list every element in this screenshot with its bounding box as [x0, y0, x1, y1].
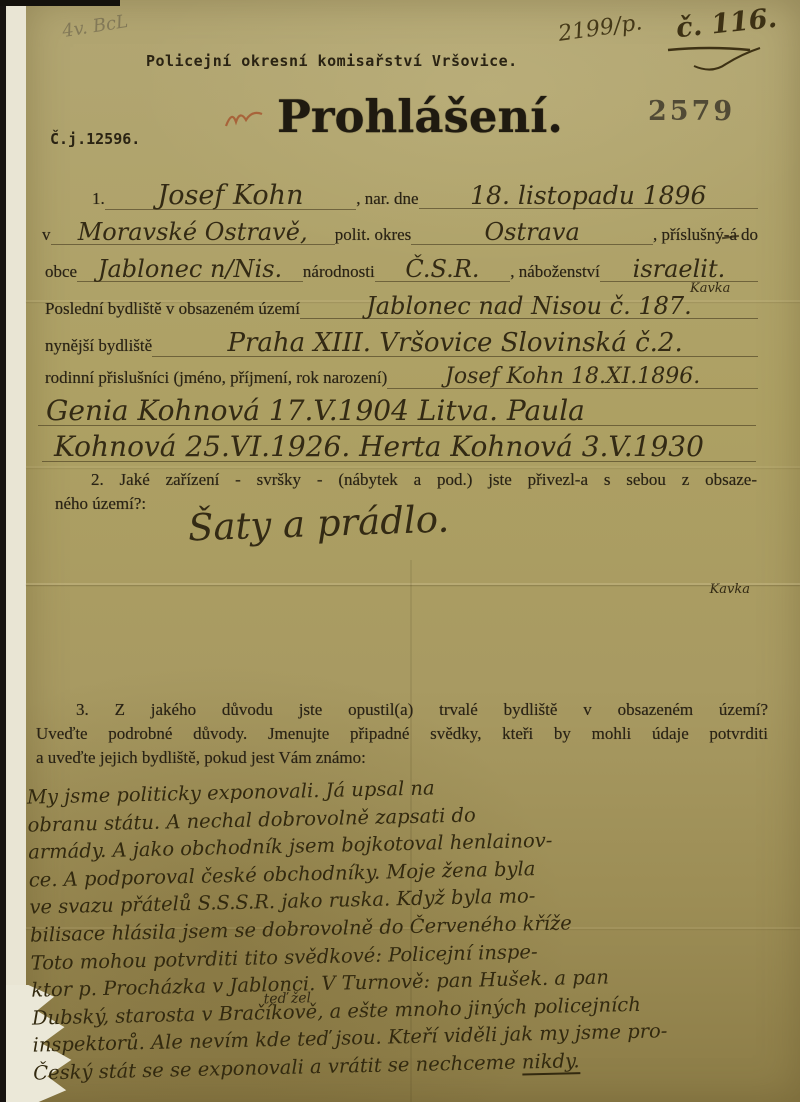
interlinear-insert-line9: teď žel [263, 985, 311, 1014]
question-3-line1: 3. Z jakého důvodu jste opustil(a) trval… [36, 698, 768, 722]
question-2-line1: 2. Jaké zařízení - svršky - (nábytek a p… [55, 468, 757, 492]
last-residence-label: Poslední bydliště v obsazeném území [45, 299, 300, 319]
form-row-last-residence: Poslední bydliště v obsazeném území Jabl… [45, 294, 758, 319]
form-row-municipality: obce Jablonec n/Nis. národnosti Č.S.R. ,… [45, 257, 758, 282]
stamp-number: 2579 [648, 96, 735, 127]
family-value-1: Josef Kohn 18.XI.1896. [387, 366, 758, 389]
last-residence-insert: Kavka [710, 582, 750, 597]
religion-value: israelit. [600, 257, 758, 282]
paper-crease [26, 583, 800, 585]
name-value: Josef Kohn [105, 182, 356, 210]
office-name: Policejní okresní komisařství Vršovice. [146, 52, 518, 70]
current-residence-value: Praha XIII. Vršovice Slovinská č.2. [152, 330, 758, 357]
belonging-struck-text: -á [724, 225, 737, 245]
form-row-name: 1. Josef Kohn , nar. dne 18. listopadu 1… [92, 182, 758, 210]
municipality-value: Jablonec n/Nis. [77, 257, 303, 282]
religion-label: , náboženství [510, 262, 600, 282]
document-scan: 4v. BcL 2199/p. č. 116. Policejní okresn… [0, 0, 800, 1102]
born-value: 18. listopadu 1896 [419, 183, 758, 209]
page-title: Prohlášení. [250, 90, 590, 143]
question-3-line2: Uveďte podrobné důvody. Jmenujte připadn… [36, 722, 768, 746]
district-value: Ostrava [411, 220, 653, 245]
form-row-family-3: Kohnová 25.VI.1926. Herta Kohnová 3.V.19… [42, 433, 756, 462]
nationality-value: Č.S.R. [375, 257, 511, 282]
question-3: 3. Z jakého důvodu jste opustil(a) trval… [36, 698, 768, 770]
belonging-label: , příslušný [653, 225, 724, 245]
form-row-family-2: Genia Kohnová 17.V.1904 Litva. Paula [38, 397, 756, 426]
interlinear-insert: Kavka [690, 281, 730, 296]
district-label: polit. okres [335, 225, 412, 245]
form-row-current-residence: nynější bydliště Praha XIII. Vršovice Sl… [45, 330, 758, 357]
in-label: v [42, 225, 51, 245]
question-3-line3: a uveďte jejich bydliště, pokud jest Vám… [36, 746, 768, 770]
belonging-label-2: do [741, 225, 758, 245]
scan-edge-top [0, 0, 120, 6]
form-row-birthplace: v Moravské Ostravě, polit. okres Ostrava… [42, 220, 758, 245]
nationality-label: národnosti [303, 262, 375, 282]
family-label: rodinní přislušníci (jméno, příjmení, ro… [45, 368, 387, 388]
check-flourish-icon [664, 44, 774, 84]
item-number: 1. [92, 189, 105, 209]
file-number: Č.j.12596. [50, 130, 140, 148]
family-value-3: Kohnová 25.VI.1926. Herta Kohnová 3.V.19… [42, 433, 756, 462]
current-residence-label: nynější bydliště [45, 336, 152, 356]
last-residence-value: Jablonec nad Nisou č. 187. [300, 294, 758, 319]
form-row-family: rodinní přislušníci (jméno, příjmení, ro… [45, 366, 758, 389]
answer-3-underlined-word: nikdy. [522, 1049, 580, 1075]
birthplace-value: Moravské Ostravě, [51, 220, 335, 245]
municipality-label: obce [45, 262, 77, 282]
answer-2: Šaty a prádlo. [187, 497, 449, 549]
answer-3: My jsme politicky exponovali. Já upsal n… [27, 766, 794, 1087]
born-label: , nar. dne [356, 189, 418, 209]
family-value-2: Genia Kohnová 17.V.1904 Litva. Paula [38, 397, 756, 426]
